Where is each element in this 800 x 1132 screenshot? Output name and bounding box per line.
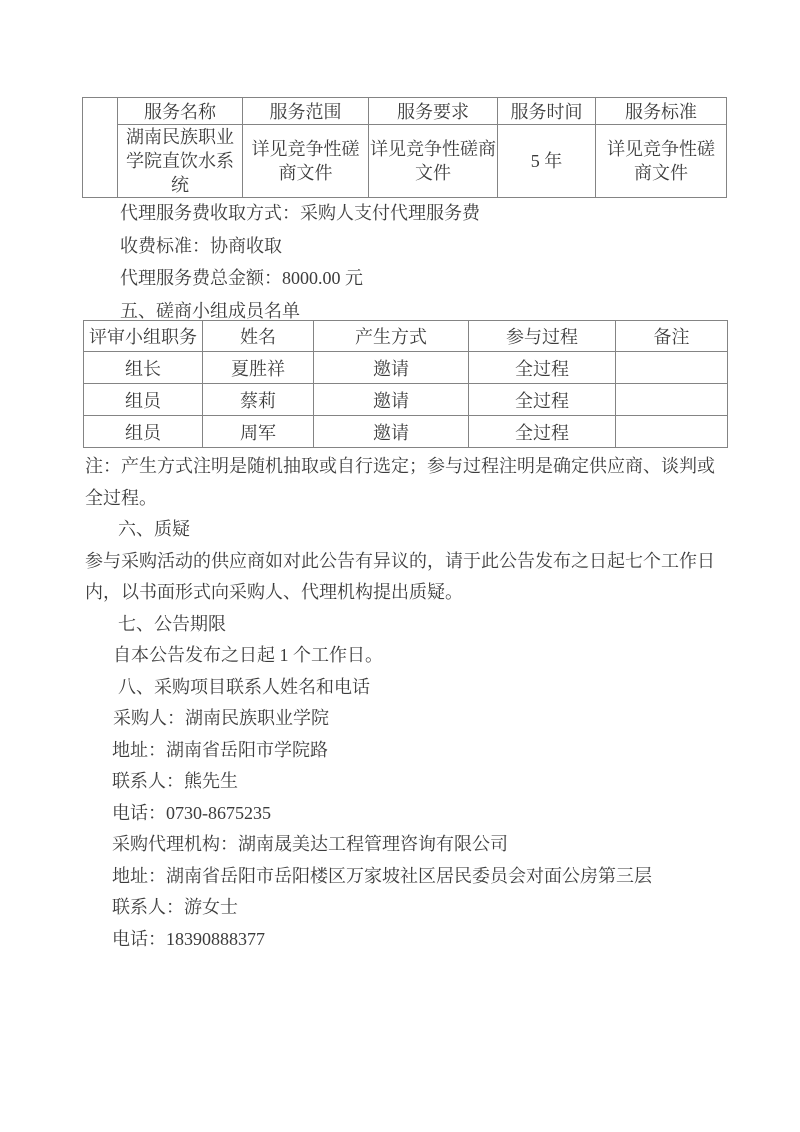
table-cell: 邀请 xyxy=(314,416,469,448)
document-page: 服务名称 服务范围 服务要求 服务时间 服务标准 湖南民族职业 学院直饮水系 统… xyxy=(0,0,800,1132)
column-header: 服务时间 xyxy=(498,98,596,125)
service-duration-cell: 5 年 xyxy=(498,125,596,198)
fee-standard-line: 收费标准：协商收取 xyxy=(85,230,727,263)
purchaser-phone-line: 电话：0730-8675235 xyxy=(85,798,728,830)
purchaser-address-line: 地址：湖南省岳阳市学院路 xyxy=(85,735,728,767)
agency-phone-line: 电话：18390888377 xyxy=(85,924,728,956)
column-header: 产生方式 xyxy=(314,321,469,352)
service-standard-cell: 详见竞争性磋 商文件 xyxy=(596,125,727,198)
service-scope-cell: 详见竞争性磋 商文件 xyxy=(243,125,369,198)
note-paragraph: 注：产生方式注明是随机抽取或自行选定；参与过程注明是确定供应商、谈判或 全过程。 xyxy=(85,451,728,514)
column-header: 服务名称 xyxy=(118,98,243,125)
column-header: 评审小组职务 xyxy=(84,321,203,352)
empty-cell xyxy=(83,98,118,198)
table-row: 组员 周军 邀请 全过程 xyxy=(84,416,728,448)
fee-method-line: 代理服务费收取方式：采购人支付代理服务费 xyxy=(85,197,727,230)
column-header: 服务范围 xyxy=(243,98,369,125)
section7-body: 自本公告发布之日起 1 个工作日。 xyxy=(85,640,728,672)
table-cell: 邀请 xyxy=(314,384,469,416)
section8-heading: 八、采购项目联系人姓名和电话 xyxy=(85,672,728,704)
service-name-cell: 湖南民族职业 学院直饮水系 统 xyxy=(118,125,243,198)
table-cell: 全过程 xyxy=(469,352,616,384)
section7-heading: 七、公告期限 xyxy=(85,609,728,641)
purchaser-name-line: 采购人：湖南民族职业学院 xyxy=(85,703,728,735)
table-cell xyxy=(616,352,728,384)
table-cell: 夏胜祥 xyxy=(203,352,314,384)
table-cell: 组长 xyxy=(84,352,203,384)
table-cell: 全过程 xyxy=(469,384,616,416)
column-header: 姓名 xyxy=(203,321,314,352)
column-header: 服务标准 xyxy=(596,98,727,125)
panel-member-table: 评审小组职务 姓名 产生方式 参与过程 备注 组长 夏胜祥 邀请 全过程 组员 … xyxy=(83,320,728,448)
column-header: 备注 xyxy=(616,321,728,352)
table-row: 组长 夏胜祥 邀请 全过程 xyxy=(84,352,728,384)
table-cell xyxy=(616,384,728,416)
agency-address-line: 地址：湖南省岳阳市岳阳楼区万家坡社区居民委员会对面公房第三层 xyxy=(85,861,728,893)
table-row: 湖南民族职业 学院直饮水系 统 详见竞争性磋 商文件 详见竞争性磋商 文件 5 … xyxy=(83,125,727,198)
service-requirement-cell: 详见竞争性磋商 文件 xyxy=(369,125,498,198)
service-table: 服务名称 服务范围 服务要求 服务时间 服务标准 湖南民族职业 学院直饮水系 统… xyxy=(82,97,727,198)
fee-total-line: 代理服务费总金额：8000.00 元 xyxy=(85,262,727,295)
sections-block: 注：产生方式注明是随机抽取或自行选定；参与过程注明是确定供应商、谈判或 全过程。… xyxy=(85,451,728,955)
column-header: 参与过程 xyxy=(469,321,616,352)
table-row: 组员 蔡莉 邀请 全过程 xyxy=(84,384,728,416)
table-cell xyxy=(616,416,728,448)
table-cell: 组员 xyxy=(84,416,203,448)
purchaser-contact-line: 联系人：熊先生 xyxy=(85,766,728,798)
section6-heading: 六、质疑 xyxy=(85,514,728,546)
fee-block: 代理服务费收取方式：采购人支付代理服务费 收费标准：协商收取 代理服务费总金额：… xyxy=(85,197,727,327)
service-table-header-row: 服务名称 服务范围 服务要求 服务时间 服务标准 xyxy=(83,98,727,125)
column-header: 服务要求 xyxy=(369,98,498,125)
table-cell: 邀请 xyxy=(314,352,469,384)
table-cell: 周军 xyxy=(203,416,314,448)
table-cell: 组员 xyxy=(84,384,203,416)
agency-contact-line: 联系人：游女士 xyxy=(85,892,728,924)
agency-name-line: 采购代理机构：湖南晟美达工程管理咨询有限公司 xyxy=(85,829,728,861)
table-cell: 全过程 xyxy=(469,416,616,448)
section6-body: 参与采购活动的供应商如对此公告有异议的，请于此公告发布之日起七个工作日 内，以书… xyxy=(85,546,728,609)
table-cell: 蔡莉 xyxy=(203,384,314,416)
panel-table-header-row: 评审小组职务 姓名 产生方式 参与过程 备注 xyxy=(84,321,728,352)
